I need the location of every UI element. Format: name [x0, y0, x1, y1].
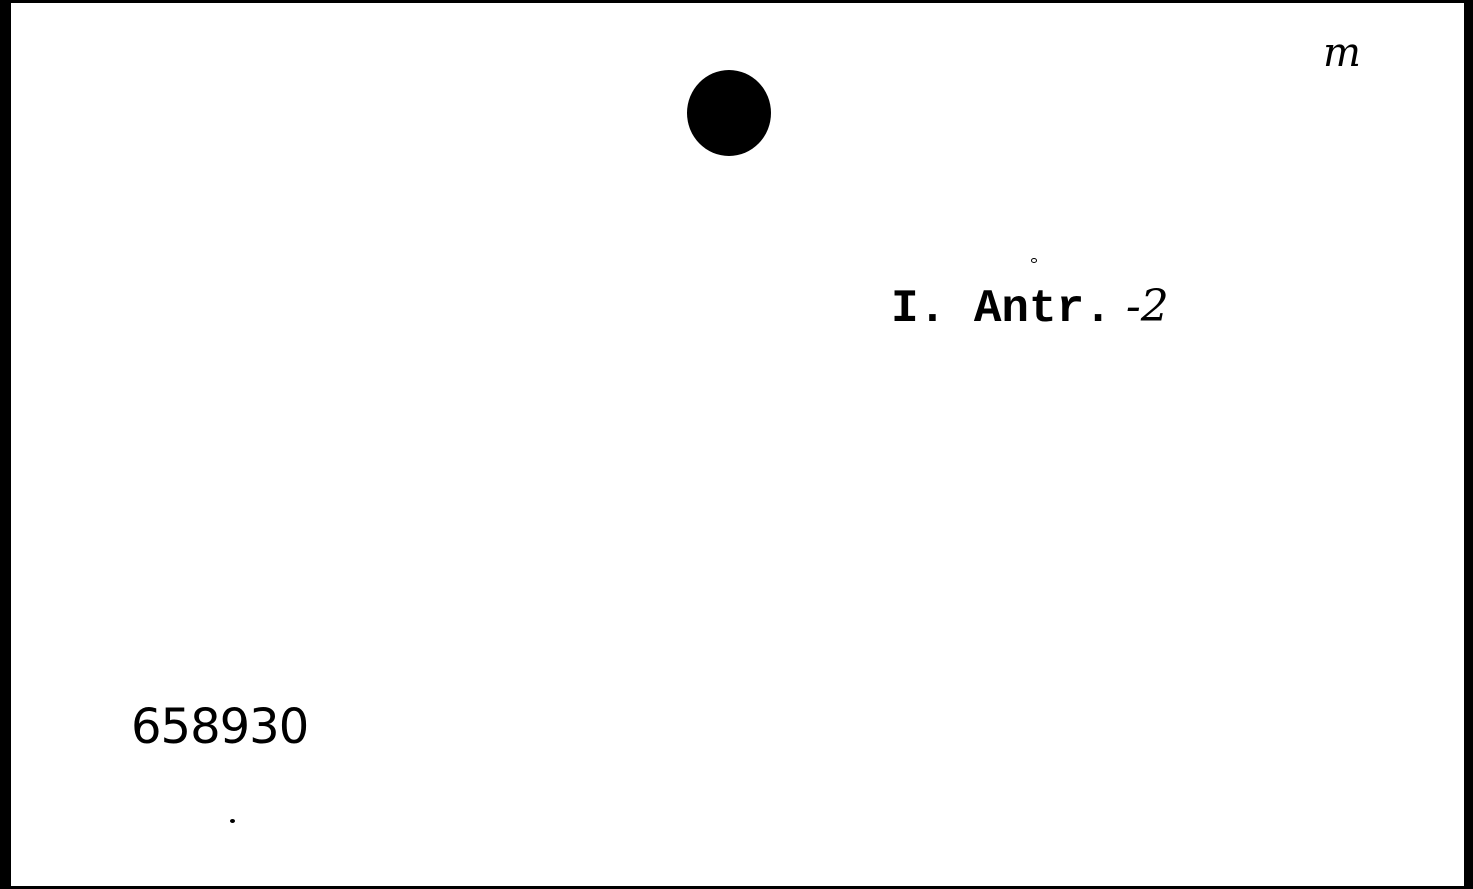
index-card: m I. Antr. -2 658930 — [10, 3, 1464, 886]
handwritten-initial: m — [1323, 33, 1359, 73]
classification-label: I. Antr. -2 — [891, 285, 1169, 332]
ink-speck — [1031, 258, 1037, 263]
card-number: 658930 — [131, 703, 308, 751]
classification-typed: I. Antr. — [891, 283, 1112, 335]
classification-handwritten-suffix: -2 — [1112, 281, 1169, 332]
ink-speck — [230, 819, 235, 823]
punch-hole — [687, 70, 771, 156]
